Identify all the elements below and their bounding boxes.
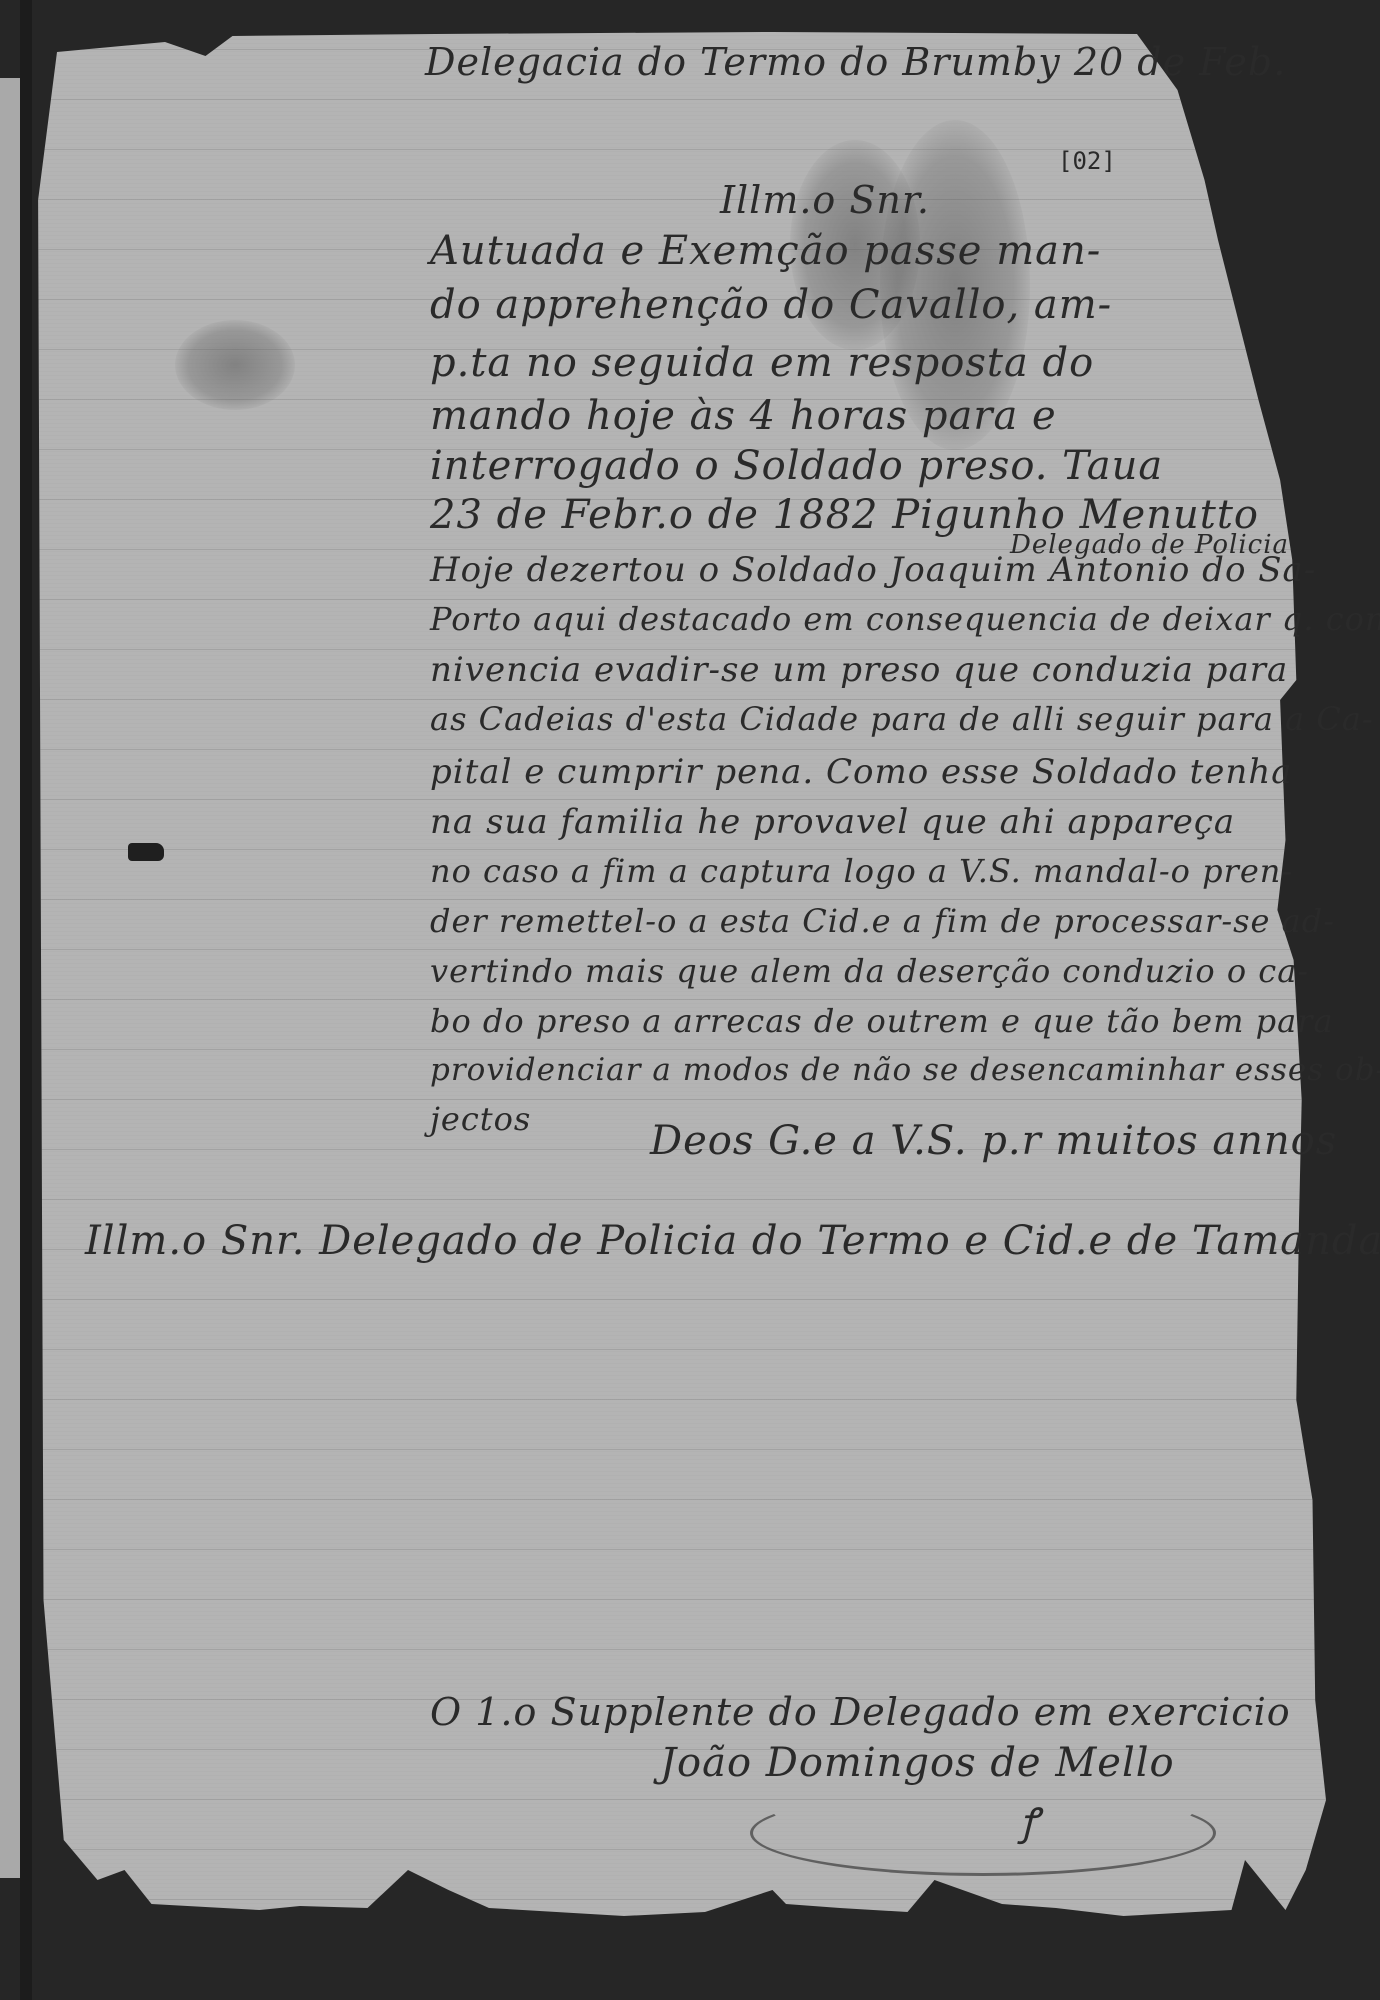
annotation-line: p.ta no seguida em resposta do [430,340,1094,386]
body-line: vertindo mais que alem da deserção condu… [430,952,1309,990]
body-line: na sua familia he provavel que ahi appar… [430,802,1235,842]
annotation-line: do apprehenção do Cavallo, am- [430,282,1112,328]
signature-flourish [750,1790,1216,1876]
paper-hole [128,843,164,861]
body-line: nivencia evadir-se um preso que conduzia… [430,650,1288,690]
annotation-line: Autuada e Exemção passe man- [430,228,1101,274]
signature-title: O 1.o Supplente do Delegado em exercicio [430,1690,1291,1734]
body-line: Porto aqui destacado em consequencia de … [430,600,1380,638]
annotation-line: mando hoje às 4 horas para e [430,393,1057,439]
adjacent-page-edge [0,78,20,1878]
body-line: der remettel-o a esta Cid.e a fim de pro… [430,902,1335,940]
addressee: Illm.o Snr. Delegado de Policia do Termo… [85,1218,1380,1264]
body-line: Hoje dezertou o Soldado Joaquim Antonio … [430,550,1316,590]
document-header: Delegacia do Termo do Brumby 20 de Feb. [425,40,1286,84]
folio-number: [02] [1058,147,1116,175]
signature-rubric-icon: ꝭ [1020,1795,1038,1847]
body-line: no caso a fim a captura logo a V.S. mand… [430,852,1293,890]
body-line: pital e cumprir pena. Como esse Soldado … [430,752,1293,792]
body-line: providenciar a modos de não se desencami… [430,1052,1380,1088]
salutation: Illm.o Snr. [720,178,930,222]
body-line: jectos [430,1100,531,1138]
closing: Deos G.e a V.S. p.r muitos annos [650,1118,1337,1164]
book-gutter [20,0,32,2000]
body-line: bo do preso a arrecas de outrem e que tã… [430,1002,1334,1040]
annotation-line: interrogado o Soldado preso. Taua [430,443,1163,489]
signature-name: João Domingos de Mello [660,1740,1175,1786]
water-stain [175,320,295,410]
body-line: as Cadeias d'esta Cidade para de alli se… [430,700,1374,738]
